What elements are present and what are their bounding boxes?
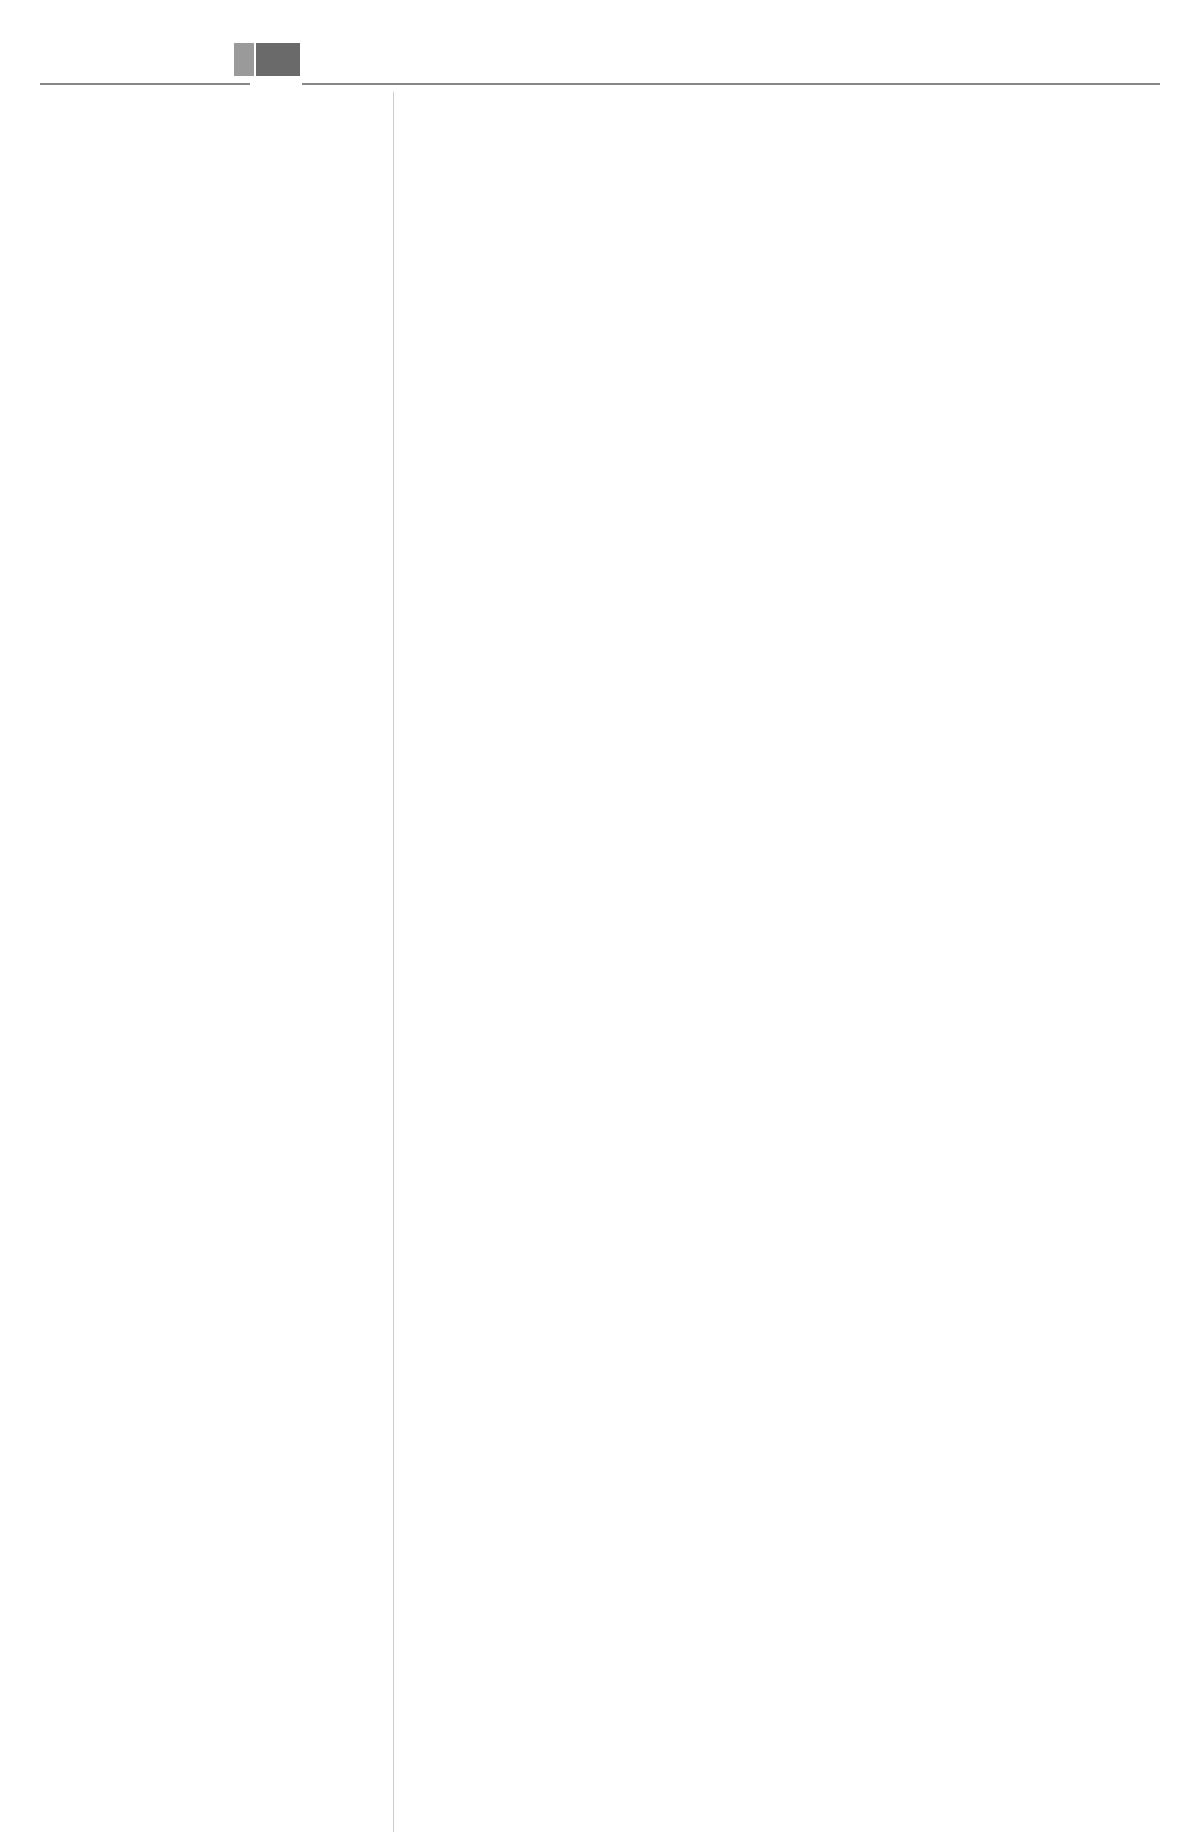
article-shibli <box>40 88 390 94</box>
column-divider <box>393 92 394 1832</box>
article-vat <box>40 720 390 726</box>
page-number <box>256 43 300 76</box>
masthead <box>40 30 1160 76</box>
header-rule-left <box>40 83 250 85</box>
article-personal-interest <box>40 1192 390 1198</box>
page-label <box>234 43 254 76</box>
header-rule-right <box>302 83 1160 85</box>
issue-date-block <box>40 38 228 40</box>
